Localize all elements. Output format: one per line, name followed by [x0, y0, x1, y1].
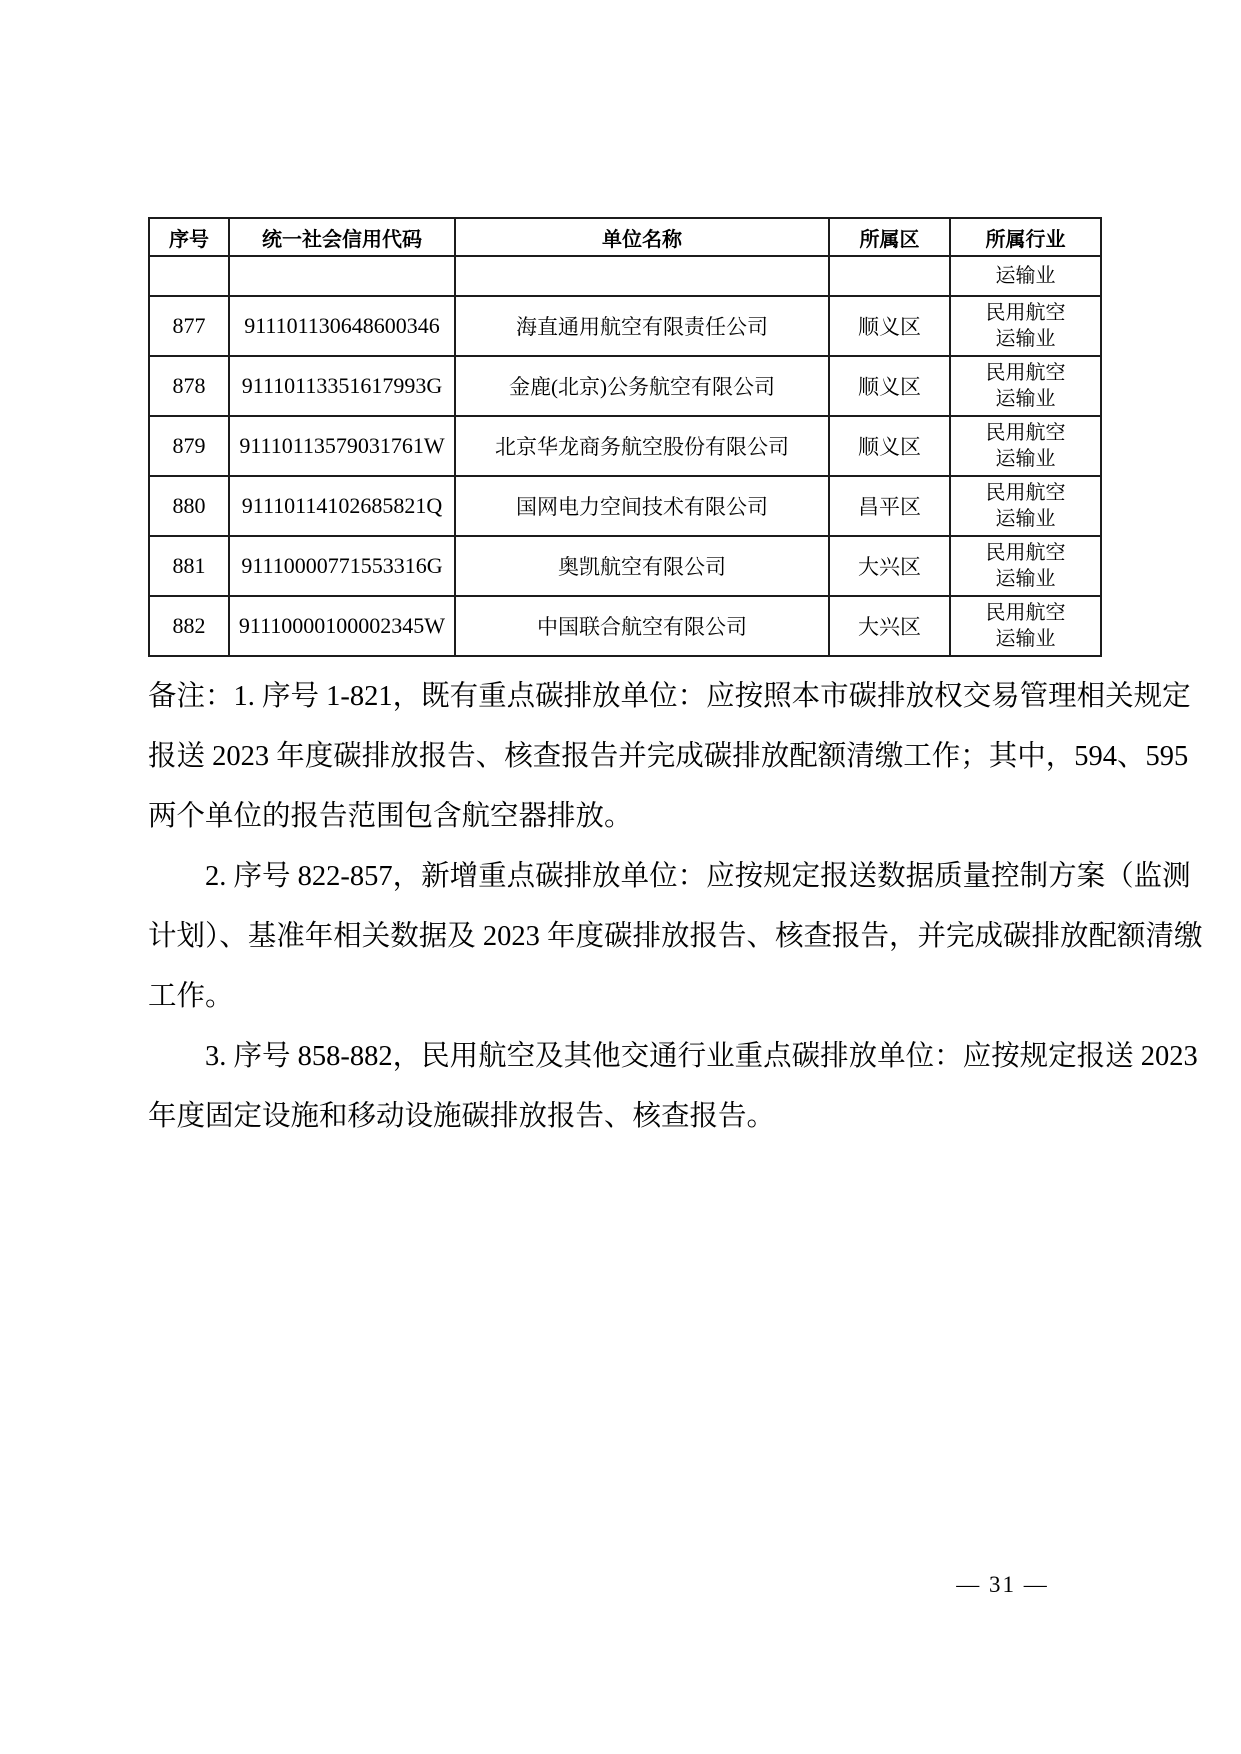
cell-code: 91110000100002345W	[229, 596, 455, 656]
industry-line-2: 运输业	[951, 566, 1100, 592]
cell-industry: 民用航空 运输业	[950, 596, 1101, 656]
col-header-district: 所属区	[829, 218, 950, 256]
cell-industry: 民用航空 运输业	[950, 416, 1101, 476]
cell-district: 顺义区	[829, 356, 950, 416]
cell-seq: 879	[149, 416, 229, 476]
note-line: 年度固定设施和移动设施碳排放报告、核查报告。	[148, 1087, 1103, 1147]
cell-name: 国网电力空间技术有限公司	[455, 476, 829, 536]
cell-district	[829, 256, 950, 296]
cell-district: 顺义区	[829, 416, 950, 476]
cell-name: 奥凯航空有限公司	[455, 536, 829, 596]
industry-line-2: 运输业	[951, 446, 1100, 472]
col-header-seq: 序号	[149, 218, 229, 256]
industry-line-2: 运输业	[951, 386, 1100, 412]
cell-industry: 民用航空 运输业	[950, 296, 1101, 356]
cell-seq: 882	[149, 596, 229, 656]
cell-name: 北京华龙商务航空股份有限公司	[455, 416, 829, 476]
cell-seq: 881	[149, 536, 229, 596]
industry-line-1: 民用航空	[951, 480, 1100, 506]
cell-seq	[149, 256, 229, 296]
col-header-code: 统一社会信用代码	[229, 218, 455, 256]
cell-seq: 878	[149, 356, 229, 416]
cell-code: 911101130648600346	[229, 296, 455, 356]
table-row: 878 91110113351617993G 金鹿(北京)公务航空有限公司 顺义…	[149, 356, 1101, 416]
table-row: 879 91110113579031761W 北京华龙商务航空股份有限公司 顺义…	[149, 416, 1101, 476]
industry-line-1: 民用航空	[951, 360, 1100, 386]
note-line: 2. 序号 822-857，新增重点碳排放单位：应按规定报送数据质量控制方案（监…	[148, 847, 1103, 907]
cell-code: 91110114102685821Q	[229, 476, 455, 536]
table-carryover-row: 运输业	[149, 256, 1101, 296]
page-number: — 31 —	[870, 1568, 1135, 1602]
cell-name: 海直通用航空有限责任公司	[455, 296, 829, 356]
notes-section: 备注：1. 序号 1-821，既有重点碳排放单位：应按照本市碳排放权交易管理相关…	[148, 667, 1103, 1147]
industry-line-2: 运输业	[951, 506, 1100, 532]
cell-code	[229, 256, 455, 296]
cell-district: 大兴区	[829, 536, 950, 596]
table-row: 877 911101130648600346 海直通用航空有限责任公司 顺义区 …	[149, 296, 1101, 356]
note-line: 工作。	[148, 967, 1103, 1027]
note-line: 两个单位的报告范围包含航空器排放。	[148, 787, 1103, 847]
industry-line-2: 运输业	[951, 326, 1100, 352]
note-line: 备注：1. 序号 1-821，既有重点碳排放单位：应按照本市碳排放权交易管理相关…	[148, 667, 1103, 727]
industry-line-1: 民用航空	[951, 540, 1100, 566]
table-row: 880 91110114102685821Q 国网电力空间技术有限公司 昌平区 …	[149, 476, 1101, 536]
cell-code: 91110113579031761W	[229, 416, 455, 476]
table-row: 881 91110000771553316G 奥凯航空有限公司 大兴区 民用航空…	[149, 536, 1101, 596]
industry-line-1: 民用航空	[951, 300, 1100, 326]
note-line: 报送 2023 年度碳排放报告、核查报告并完成碳排放配额清缴工作；其中，594、…	[148, 727, 1103, 787]
table-row: 882 91110000100002345W 中国联合航空有限公司 大兴区 民用…	[149, 596, 1101, 656]
companies-table: 序号 统一社会信用代码 单位名称 所属区 所属行业 运输业 877 911101…	[148, 217, 1102, 657]
cell-name	[455, 256, 829, 296]
cell-industry: 民用航空 运输业	[950, 476, 1101, 536]
cell-name: 金鹿(北京)公务航空有限公司	[455, 356, 829, 416]
note-line: 3. 序号 858-882，民用航空及其他交通行业重点碳排放单位：应按规定报送 …	[148, 1027, 1103, 1087]
cell-seq: 880	[149, 476, 229, 536]
cell-district: 顺义区	[829, 296, 950, 356]
cell-code: 91110000771553316G	[229, 536, 455, 596]
cell-seq: 877	[149, 296, 229, 356]
cell-district: 大兴区	[829, 596, 950, 656]
table-header-row: 序号 统一社会信用代码 单位名称 所属区 所属行业	[149, 218, 1101, 256]
col-header-name: 单位名称	[455, 218, 829, 256]
cell-industry: 民用航空 运输业	[950, 536, 1101, 596]
col-header-industry: 所属行业	[950, 218, 1101, 256]
document-page: 序号 统一社会信用代码 单位名称 所属区 所属行业 运输业 877 911101…	[0, 0, 1241, 1754]
cell-industry: 运输业	[950, 256, 1101, 296]
note-line: 计划）、基准年相关数据及 2023 年度碳排放报告、核查报告，并完成碳排放配额清…	[148, 907, 1103, 967]
industry-line-1: 民用航空	[951, 600, 1100, 626]
cell-code: 91110113351617993G	[229, 356, 455, 416]
cell-district: 昌平区	[829, 476, 950, 536]
industry-line-1: 民用航空	[951, 420, 1100, 446]
industry-line-2: 运输业	[951, 626, 1100, 652]
cell-industry: 民用航空 运输业	[950, 356, 1101, 416]
cell-name: 中国联合航空有限公司	[455, 596, 829, 656]
